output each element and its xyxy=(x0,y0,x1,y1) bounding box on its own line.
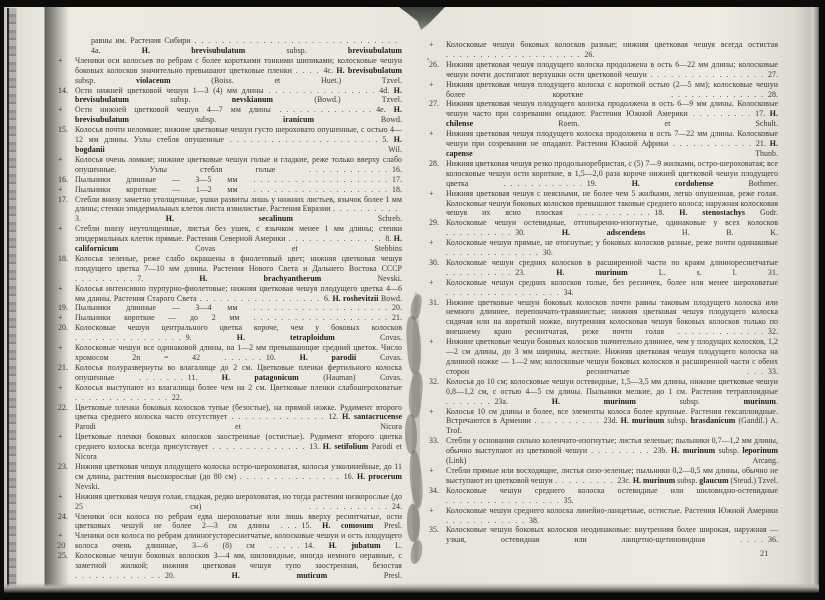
species-name: H. murinum xyxy=(552,397,636,406)
dot-leader: . . . . . . . . . . . . . . . . . xyxy=(446,288,564,297)
entry-ref: Schreb. xyxy=(293,214,402,223)
entry-ref: L. xyxy=(381,541,402,550)
entry-ref: 36. xyxy=(768,535,778,544)
entry-marker: 26. xyxy=(429,60,446,70)
entry-ref: subsp. xyxy=(129,95,232,104)
entry-marker: 14. xyxy=(58,86,75,96)
dot-leader: . . . . . . . . . . xyxy=(446,228,515,237)
entry-text: Пыльники длинные — 3—5 мм xyxy=(75,175,237,184)
entry-ref: 10. xyxy=(266,353,300,362)
entry-text: Колосковые чешуи средних колосков в расш… xyxy=(446,258,778,267)
entry-ref: (Steud.) Tzvel. xyxy=(729,476,778,485)
page-stack-edge xyxy=(7,8,17,591)
entry-ref: 19. xyxy=(587,179,632,188)
entry-ref: 34. xyxy=(564,288,574,297)
key-entry: +Пыльники короткие — 1—2 мм . . . . . . … xyxy=(57,185,402,195)
entry-text: Колосковые чешуи центрального цветка кор… xyxy=(75,323,402,332)
entry-ref: Wil. xyxy=(105,145,402,154)
entry-ref: 23a. xyxy=(494,397,551,406)
entry-ref: Godr. xyxy=(745,208,778,217)
entry-ref: 11. xyxy=(188,373,222,382)
entry-ref: 38. xyxy=(529,516,539,525)
species-name: H. murinum xyxy=(621,416,665,425)
entry-ref: 13. xyxy=(309,442,323,451)
entry-marker: 32. xyxy=(429,377,446,387)
key-entry: +Колосковые чешуи средних колосков голые… xyxy=(428,278,778,298)
key-entry: +Колосковые чешуи все одинаковой длины, … xyxy=(57,343,402,363)
dot-leader: . . . . . . . . . . . . . . xyxy=(75,393,172,402)
dot-leader: . . . . . . . . . . xyxy=(446,268,515,277)
key-entry: 14.Ости нижней цветковой чешуи 1—3 (4) м… xyxy=(57,86,402,106)
left-page-text-column: равны им. Растения Сибири . . . . . . . … xyxy=(57,36,402,581)
dot-leader: . . . . . . . . . . . . xyxy=(201,502,392,511)
species-name: nevskianum xyxy=(232,95,273,104)
entry-marker: + xyxy=(429,40,446,50)
stain-blob xyxy=(407,450,425,509)
dot-leader: . . . . . . . . . . . . . . . . . . . . xyxy=(238,185,392,194)
dot-leader: . . . . . . . . . . . xyxy=(563,208,655,217)
key-entry: +Колосковые чешуи среднего колоска линей… xyxy=(428,506,778,526)
entry-marker: 17. xyxy=(58,195,75,205)
entry-ref: Bowd. xyxy=(379,294,402,303)
dot-leader: . . . . xyxy=(705,535,768,544)
entry-marker: 20. xyxy=(58,323,75,333)
entry-marker: + xyxy=(58,343,75,353)
entry-ref: subsp. xyxy=(245,46,348,55)
species-name: violaceum xyxy=(136,76,171,85)
dot-leader: . . . . . . . . . xyxy=(75,274,137,283)
entry-marker: 29. xyxy=(429,218,446,228)
stain-blob xyxy=(407,372,424,419)
entry-ref: 4e. xyxy=(376,105,394,114)
entry-ref: (Bowd.) Tzvel. xyxy=(273,95,402,104)
species-name: H. santacrucense xyxy=(342,412,402,421)
entry-marker: 35. xyxy=(429,525,446,535)
dot-leader: . . . . . . . . . . . . . . xyxy=(227,412,328,421)
entry-ref: 23. xyxy=(515,268,556,277)
entry-ref: 4d. xyxy=(379,86,394,95)
entry-ref: 16. xyxy=(392,165,402,174)
dot-leader: . . . . . . . . . . . . . . . . xyxy=(264,86,380,95)
entry-marker: + xyxy=(429,189,446,199)
dot-leader: . . . xyxy=(270,521,302,530)
dot-leader: . . . . . . . . . . . . . . . . . . . . … xyxy=(191,36,402,45)
species-name: H. jubatum xyxy=(329,541,381,550)
key-entry: +Стебли прямые или восходящие, листья си… xyxy=(428,466,778,486)
dot-leader: . . . . . . . . . . . . . . . xyxy=(236,472,343,481)
gutter-stain xyxy=(401,292,429,564)
entry-ref: . xyxy=(776,397,778,406)
key-entry: +Колосья выступают из влагалища более че… xyxy=(57,383,402,403)
entry-ref: 20. xyxy=(165,571,232,580)
key-entry: +Цветковые пленки боковых колосков заост… xyxy=(57,432,402,462)
entry-ref: 35. xyxy=(564,496,574,505)
entry-marker: 19. xyxy=(58,303,75,313)
entry-ref: 23d. xyxy=(604,416,621,425)
dot-leader: . . . . . . . . . . . . xyxy=(275,165,392,174)
entry-marker: 25. xyxy=(58,551,75,561)
entry-ref: Presl. xyxy=(373,521,402,530)
entry-ref: Nevski. xyxy=(75,482,100,491)
key-entry: 35.Колосковые чешуи боковых колосков нео… xyxy=(428,525,778,545)
entry-marker: 18. xyxy=(58,254,75,264)
species-name: iranicum xyxy=(283,115,314,124)
entry-ref: subsp. xyxy=(636,397,744,406)
species-name: hrasdanicum xyxy=(691,416,736,425)
entry-ref: 28. xyxy=(768,90,778,99)
species-name: H. stenostachys xyxy=(679,208,745,217)
entry-ref: L. s. l. 31. xyxy=(628,268,778,277)
entry-ref: subsp. xyxy=(675,476,699,485)
entry-text: Колосковые чешуи боковых колосков 3—4 мм… xyxy=(75,551,402,570)
right-page-edge xyxy=(809,7,819,593)
key-entry: 15.Колосья почти неломкие; нижние цветко… xyxy=(57,125,402,155)
entry-ref: 26. xyxy=(584,50,594,59)
key-entry: +Ости нижней цветковой чешуи 4—7 мм длин… xyxy=(57,105,402,125)
entry-ref: Thunb. xyxy=(473,149,778,158)
key-entry: +Нижние цветковые чешуи боковых колосков… xyxy=(428,337,778,377)
right-page-text-column: +Колосковые чешуи боковых колосков разны… xyxy=(428,40,778,545)
entry-ref: Nevski. xyxy=(321,274,402,283)
entry-text: Пыльники короткие — 1—2 мм xyxy=(75,185,238,194)
dot-leader: . . . . . . . . . . . . . . . . . . . . xyxy=(237,303,392,312)
entry-ref: 30. xyxy=(543,248,553,257)
page-number-right: 21 xyxy=(760,548,769,558)
entry-marker: + xyxy=(58,155,75,165)
dot-leader: . . . . . . . xyxy=(446,397,494,406)
key-entry: 24.Членики оси колоса по ребрам едва шер… xyxy=(57,512,402,532)
dot-leader: . . . . . . . . . . . . . xyxy=(664,327,768,336)
species-name: leporinum xyxy=(742,446,778,455)
dot-leader: . . . . . . . . . . xyxy=(331,204,402,213)
key-entry: +Стебли внизу неутолщенные, листья без у… xyxy=(57,224,402,254)
key-entry: 20.Колосковые чешуи центрального цветка … xyxy=(57,323,402,343)
species-name: H. procerum xyxy=(357,472,402,481)
species-name: H. setifolium xyxy=(323,442,369,451)
entry-ref: 33. xyxy=(768,367,778,376)
key-entry: 22.Цветковые пленки боковых колосков туп… xyxy=(57,403,402,433)
entry-ref: subsp. xyxy=(129,115,283,124)
key-entry: +Нижняя цветковая чешуя с неясными, не б… xyxy=(428,189,778,219)
entry-text: Колосковые чешуи среднего колоска остеви… xyxy=(446,486,778,495)
key-entry: 18.Колосья зеленые, реже слабо окрашены … xyxy=(57,254,402,284)
entry-marker: 31. xyxy=(429,298,446,308)
entry-ref: 23b. xyxy=(653,446,671,455)
key-entry: 29.Колосковые чешуи остевидные, оттопыре… xyxy=(428,218,778,238)
species-name: H. cordobense xyxy=(632,179,714,188)
dot-leader: . . . . . . . xyxy=(114,373,187,382)
dot-leader: . . . . . . . . . xyxy=(688,109,755,118)
dot-leader: . . . . . . xyxy=(200,353,266,362)
entry-marker: + xyxy=(429,506,446,516)
key-entry: 31.Нижние цветковые чешуи боковых колоск… xyxy=(428,298,778,338)
dot-leader: . . . . . . . . . xyxy=(587,446,653,455)
entry-ref: Bowd. xyxy=(314,115,402,124)
species-name: glaucum xyxy=(699,476,728,485)
entry-ref: 23c. xyxy=(617,476,632,485)
entry-ref: 32. xyxy=(768,327,778,336)
entry-ref: 8. xyxy=(385,234,393,243)
key-entry: 23.Нижняя цветковая чешуя плодущего коло… xyxy=(57,462,402,492)
key-entry: 30.Колосковые чешуи средних колосков в р… xyxy=(428,258,778,278)
species-name: H. brachyantherum xyxy=(199,274,321,283)
entry-marker: + xyxy=(58,56,75,66)
key-entry: +Колосковые чешуи боковых колосков разны… xyxy=(428,40,778,60)
entry-ref: 4a. xyxy=(91,46,142,55)
entry-ref: 4c. xyxy=(323,66,336,75)
entry-ref: 5. xyxy=(382,135,394,144)
entry-marker: + xyxy=(429,278,446,288)
entry-text: Колосковые чешуи среднего колоска линейн… xyxy=(446,506,778,515)
entry-ref: 16. xyxy=(344,472,357,481)
entry-marker: 16. xyxy=(58,175,75,185)
entry-ref: Covas. xyxy=(335,333,402,342)
entry-ref: Covas. xyxy=(356,353,402,362)
entry-ref: 18. xyxy=(654,208,679,217)
entry-text: Колосья зеленые, реже слабо окрашены в ф… xyxy=(75,254,402,273)
dot-leader: . . . . . . . . . . . . . . . . . . . . xyxy=(239,313,392,322)
species-name: H. murinum xyxy=(633,476,675,485)
entry-marker: + xyxy=(429,337,446,347)
stain-blob xyxy=(407,504,420,542)
entry-marker: + xyxy=(58,492,75,502)
dot-leader: . . . . . . . . . . . . xyxy=(468,179,586,188)
entry-marker: 21. xyxy=(58,363,75,373)
entry-ref: H. B. K. xyxy=(645,228,778,237)
key-entry: 34.Колосковые чешуи среднего колоска ост… xyxy=(428,486,778,506)
entry-ref: Presl. xyxy=(327,571,402,580)
species-name: H. comosum xyxy=(322,521,373,530)
key-entry: +Колосья 10 см длины и более, все элемен… xyxy=(428,407,778,437)
entry-marker: + xyxy=(58,284,75,294)
entry-ref: 27. xyxy=(768,70,778,79)
species-name: H. brevisubulatum xyxy=(142,46,245,55)
entry-marker: + xyxy=(58,383,75,393)
entry-marker: 23. xyxy=(58,462,75,472)
dot-leader: . . . . . . . . . . . . . . . . . xyxy=(647,70,768,79)
entry-text: Колосковые чешуи прямые, не отогнутые; у… xyxy=(446,238,778,247)
entry-marker: 30. xyxy=(429,258,446,268)
species-name: H. tetraploidum xyxy=(237,333,335,342)
species-name: H. secalinum xyxy=(166,214,293,223)
entry-ref: (Hauman) Covas. xyxy=(299,373,402,382)
stain-blob xyxy=(410,539,424,564)
key-entry: +Колосья очень ломкие; нижние цветковые … xyxy=(57,155,402,175)
entry-ref: subsp. xyxy=(664,416,690,425)
species-name: H. murinum xyxy=(671,446,715,455)
entry-marker: 28. xyxy=(429,159,446,169)
dot-leader: . . . . . . . . . . . . . . . . . . . . … xyxy=(224,135,382,144)
entry-ref: 14. xyxy=(304,541,328,550)
dot-leader: . . . . . . . . . . . . . . xyxy=(446,248,543,257)
key-entry: +Нижняя цветковая чешуя плодущего колоск… xyxy=(428,129,778,159)
entry-marker: + xyxy=(429,407,446,417)
entry-text: Колосковые чешуи остевидные, оттопыренно… xyxy=(446,218,778,227)
key-entry: +Колосковые чешуи прямые, не отогнутые; … xyxy=(428,238,778,258)
entry-ref: Covas et Stebbins xyxy=(119,244,402,253)
key-entry: 16.Пыльники длинные — 3—5 мм . . . . . .… xyxy=(57,175,402,185)
entry-text: равны им. Растения Сибири xyxy=(91,36,191,45)
entry-ref: subsp. xyxy=(75,76,136,85)
entry-marker: 22. xyxy=(58,403,75,413)
entry-marker: + xyxy=(429,238,446,248)
entry-ref: 21. xyxy=(392,313,402,322)
entry-ref: 18. xyxy=(392,185,402,194)
species-name: H. adscendens xyxy=(562,228,645,237)
species-name: H. brevisubulatum xyxy=(336,66,402,75)
key-entry: +Нижняя цветковая чешуя плодущего колоск… xyxy=(428,80,778,100)
dot-leader: . . . xyxy=(630,367,768,376)
key-entry: равны им. Растения Сибири . . . . . . . … xyxy=(57,36,402,56)
entry-text: Колосья выступают из влагалища более чем… xyxy=(75,383,402,392)
entry-ref: 15. xyxy=(302,521,323,530)
key-entry: +Колосья интенсивно пурпурно-фиолетовые;… xyxy=(57,284,402,304)
dot-leader: . . . . . . . . . . . . . . . . . . . . xyxy=(237,175,392,184)
species-name: H. muticum xyxy=(232,571,328,580)
bottom-page-edge xyxy=(4,583,819,593)
species-name: brevisubulatum xyxy=(348,46,402,55)
entry-ref: Bothmer. xyxy=(714,179,778,188)
entry-ref: 9. xyxy=(186,333,237,342)
entry-text: Колосковые чешуи боковых колосков разные… xyxy=(446,40,778,49)
dot-leader: . . . . . . . . . . . . xyxy=(446,516,529,525)
entry-marker: + xyxy=(58,105,75,115)
entry-marker: 27. xyxy=(429,99,446,109)
entry-marker: 33. xyxy=(429,436,446,446)
entry-ref: subsp. xyxy=(715,446,742,455)
key-entry: 33.Стебли у основания сильно коленчато-и… xyxy=(428,436,778,466)
entry-marker: + xyxy=(58,432,75,442)
entry-marker: + xyxy=(429,466,446,476)
entry-ref: Parodi et Nicora xyxy=(75,422,402,431)
key-entry: +Нижняя цветковая чешуя голая, гладкая, … xyxy=(57,492,402,512)
key-entry: 19.Пыльники длинные — 3—4 мм . . . . . .… xyxy=(57,303,402,313)
species-name: H. murinum xyxy=(556,268,628,277)
entry-marker: 24. xyxy=(58,512,75,522)
entry-ref: 3. xyxy=(75,214,166,223)
entry-ref: (Boiss. et Huet.) Tzvel. xyxy=(171,76,402,85)
page-number-left: 20 xyxy=(57,540,66,550)
dot-leader: . . . . . . . . . . . . . xyxy=(75,571,165,580)
species-name: H. patagonicum xyxy=(222,373,299,382)
entry-marker: + xyxy=(58,185,75,195)
scanned-book-spread: равны им. Растения Сибири . . . . . . . … xyxy=(0,0,825,600)
key-entry: 32.Колосья до 10 см; колосковые чешуи ос… xyxy=(428,377,778,407)
species-name: H. roshevitzii xyxy=(332,294,378,303)
entry-ref: Roem. et Schult. xyxy=(473,119,778,128)
species-name: murinum xyxy=(744,397,776,406)
entry-text: Колосковые чешуи средних колосков голые,… xyxy=(446,278,778,287)
entry-text: Колосья до 10 см; колосковые чешуи остев… xyxy=(446,377,778,396)
entry-ref: 7. xyxy=(137,274,199,283)
dot-leader: . . . . . . . . . . . . . . . . xyxy=(75,333,186,342)
key-entry: 25.Колосковые чешуи боковых колосков 3—4… xyxy=(57,551,402,581)
dot-leader: . . . . . . . . . . . . . . . . . xyxy=(446,496,564,505)
dot-leader: . . . . . . . . . . . . xyxy=(668,139,755,148)
key-entry: +Пыльники короткие — до 2 мм . . . . . .… xyxy=(57,313,402,323)
entry-marker: + xyxy=(429,80,446,90)
entry-marker: + xyxy=(58,224,75,234)
entry-text: Ости нижней цветковой чешуи 4—7 мм длины xyxy=(75,105,271,114)
key-entry: 28.Нижняя цветковая чешуя резко продольн… xyxy=(428,159,778,189)
dot-leader: . . . . xyxy=(292,66,323,75)
key-entry: +Членики оси колоса по ребрам длинногуст… xyxy=(57,531,402,551)
entry-text: Пыльники короткие — до 2 мм xyxy=(75,313,239,322)
entry-marker: 34. xyxy=(429,486,446,496)
entry-ref: 12. xyxy=(328,412,342,421)
entry-ref: 30. xyxy=(515,228,562,237)
entry-ref: 17. xyxy=(755,109,770,118)
key-entry: 26.Нижняя цветковая чешуя плодущего коло… xyxy=(428,60,778,80)
dot-leader: . . . . . . . . . . . . . . xyxy=(208,442,309,451)
dot-leader: . . . . . . . . . . xyxy=(531,416,604,425)
key-entry: 21.Колосья полуразвернуты во влагалище д… xyxy=(57,363,402,383)
key-entry: 17.Стебли внизу заметно утолщенные, ушки… xyxy=(57,195,402,225)
dot-leader: . . . . . . . . . . . . . . . . . . . . xyxy=(446,50,584,59)
dot-leader: . . . . . . . . . . . . . . xyxy=(583,90,768,99)
dot-leader: . . . . . xyxy=(255,541,304,550)
entry-ref: 22. xyxy=(172,393,182,402)
stain-blob xyxy=(405,316,423,375)
entry-ref: 21. xyxy=(756,139,770,148)
dot-leader: . . . . . . . . . . . . . . xyxy=(286,234,386,243)
entry-marker: + xyxy=(429,129,446,139)
species-name: H. parodii xyxy=(300,353,357,362)
entry-ref: 17. xyxy=(392,175,402,184)
entry-marker: 15. xyxy=(58,125,75,135)
dot-leader: . . . . . . . . . . . . . . . . . . xyxy=(197,294,324,303)
entry-text: Ости нижней цветковой чешуи 1—3 (4) мм д… xyxy=(75,86,264,95)
dot-leader: . . . . . . . . . . . . . . xyxy=(271,105,376,114)
entry-ref: 24. xyxy=(392,502,402,511)
entry-text: Пыльники длинные — 3—4 мм xyxy=(75,303,237,312)
entry-marker: + xyxy=(58,313,75,323)
entry-ref: (Link) Arcang. xyxy=(446,456,778,465)
key-entry: 27.Нижняя цветковая чешуя плодущего коло… xyxy=(428,99,778,129)
entry-ref: 20. xyxy=(392,303,402,312)
stain-blob xyxy=(405,414,417,454)
dot-leader: . . . . . . . . . xyxy=(553,476,618,485)
key-entry: +Членики оси колосьев по ребрам с более … xyxy=(57,56,402,86)
